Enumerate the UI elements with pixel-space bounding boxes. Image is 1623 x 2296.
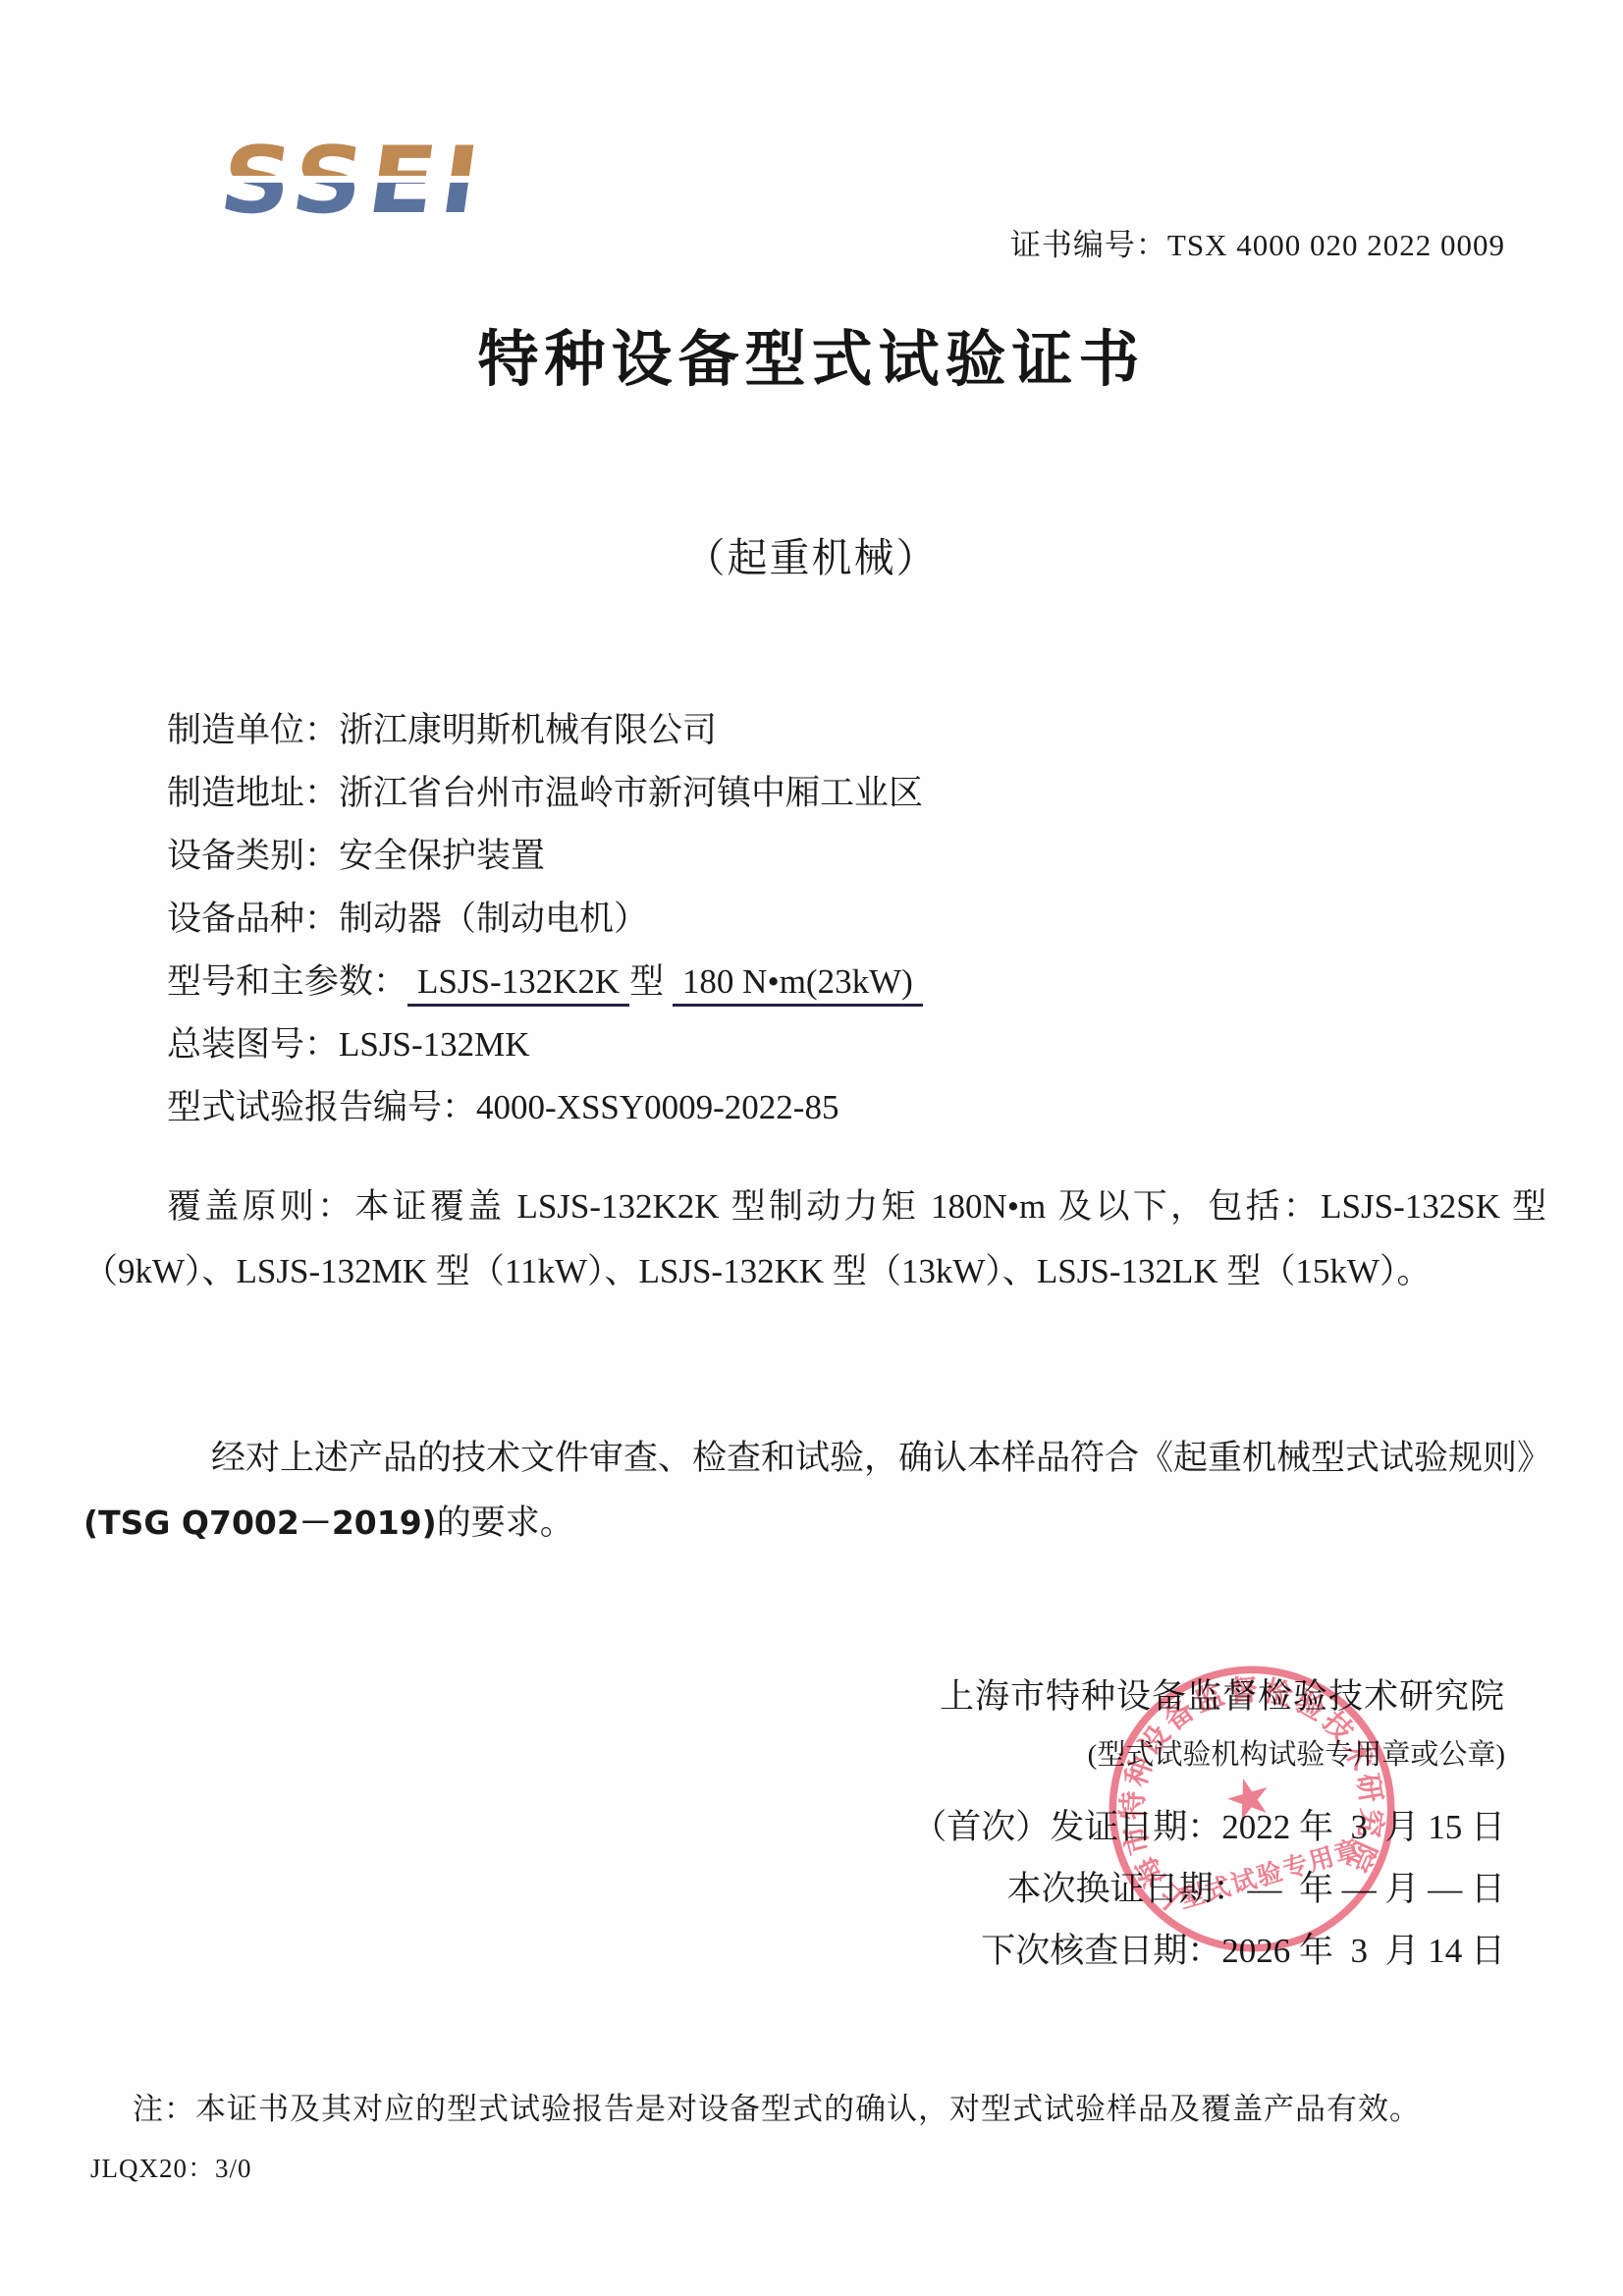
field-model-param: 180 N•m(23kW)	[673, 960, 923, 1007]
certificate-page: SSEI 证书编号：TSX 4000 020 2022 0009 特种设备型式试…	[0, 0, 1623, 2296]
footer-note: 注：本证书及其对应的型式试验报告是对设备型式的确认，对型式试验样品及覆盖产品有效…	[133, 2084, 1535, 2128]
field-drawing-label: 总装图号：	[167, 1025, 339, 1064]
field-report-value: 4000-XSSY0009-2022-85	[476, 1088, 839, 1126]
date-next-review-label: 下次核查日期：	[981, 1932, 1221, 1970]
date-next-review-value: 2026 年 3 月 14 日	[1221, 1932, 1505, 1970]
field-drawing-value: LSJS-132MK	[339, 1025, 529, 1064]
ssei-logo: SSEI	[215, 136, 490, 228]
statement-post: 的要求。	[437, 1503, 574, 1542]
certificate-number-value: TSX 4000 020 2022 0009	[1167, 228, 1505, 262]
field-address-label: 制造地址：	[167, 774, 339, 812]
footer-note-text: 本证书及其对应的型式试验报告是对设备型式的确认，对型式试验样品及覆盖产品有效。	[195, 2092, 1421, 2126]
field-model-mid: 型	[629, 962, 664, 1001]
date-renewal-value: — 年 — 月 — 日	[1247, 1870, 1505, 1908]
page-title: 特种设备型式试验证书	[0, 310, 1623, 398]
field-variety-value: 制动器（制动电机）	[339, 900, 648, 938]
issuer-name: 上海市特种设备监督检验技术研究院	[912, 1669, 1505, 1719]
field-report-label: 型式试验报告编号：	[167, 1088, 476, 1126]
form-code: JLQX20：3/0	[90, 2147, 252, 2185]
field-model-value: LSJS-132K2K	[407, 960, 629, 1007]
field-report: 型式试验报告编号：4000-XSSY0009-2022-85	[167, 1076, 1544, 1139]
field-model: 型号和主参数：LSJS-132K2K型 180 N•m(23kW)	[167, 951, 1544, 1013]
field-manufacturer-value: 浙江康明斯机械有限公司	[339, 711, 717, 749]
date-first-issue: （首次）发证日期：2022 年 3 月 15 日	[912, 1796, 1505, 1858]
field-address-value: 浙江省台州市温岭市新河镇中厢工业区	[339, 774, 923, 812]
field-variety: 设备品种：制动器（制动电机）	[167, 888, 1544, 951]
date-renewal: 本次换证日期：— 年 — 月 — 日	[912, 1858, 1505, 1920]
statement-regulation-code: (TSG Q7002－2019)	[83, 1503, 437, 1542]
certificate-number-label: 证书编号：	[1010, 228, 1167, 262]
certificate-fields: 制造单位：浙江康明斯机械有限公司 制造地址：浙江省台州市温岭市新河镇中厢工业区 …	[167, 699, 1544, 1139]
date-next-review: 下次核查日期：2026 年 3 月 14 日	[912, 1920, 1505, 1982]
field-category-value: 安全保护装置	[339, 837, 545, 875]
certificate-number: 证书编号：TSX 4000 020 2022 0009	[1010, 220, 1505, 264]
page-subtitle: （起重机械）	[0, 525, 1623, 583]
field-category: 设备类别：安全保护装置	[167, 825, 1544, 888]
statement-pre: 经对上述产品的技术文件审查、检查和试验，确认本样品符合《起重机械型式试验规则》	[211, 1439, 1551, 1477]
date-renewal-label: 本次换证日期：	[1006, 1870, 1247, 1908]
date-first-issue-value: 2022 年 3 月 15 日	[1221, 1808, 1505, 1846]
issuer-block: 上海市特种设备监督检验技术研究院 (型式试验机构试验专用章或公章) （首次）发证…	[912, 1669, 1505, 1982]
field-drawing: 总装图号：LSJS-132MK	[167, 1013, 1544, 1076]
conformity-statement: 经对上述产品的技术文件审查、检查和试验，确认本样品符合《起重机械型式试验规则》(…	[83, 1426, 1546, 1556]
field-manufacturer-label: 制造单位：	[167, 711, 339, 749]
issuer-seal-note: (型式试验机构试验专用章或公章)	[912, 1732, 1505, 1773]
date-first-issue-label: （首次）发证日期：	[912, 1808, 1221, 1846]
field-manufacturer: 制造单位：浙江康明斯机械有限公司	[167, 699, 1544, 762]
field-category-label: 设备类别：	[167, 837, 339, 875]
footer-note-label: 注：	[133, 2092, 195, 2126]
coverage-paragraph: 覆盖原则：本证覆盖 LSJS-132K2K 型制动力矩 180N•m 及以下，包…	[83, 1175, 1546, 1304]
field-variety-label: 设备品种：	[167, 900, 339, 938]
field-address: 制造地址：浙江省台州市温岭市新河镇中厢工业区	[167, 762, 1544, 825]
date-lines: （首次）发证日期：2022 年 3 月 15 日 本次换证日期：— 年 — 月 …	[912, 1796, 1505, 1982]
field-model-label: 型号和主参数：	[167, 962, 407, 1001]
